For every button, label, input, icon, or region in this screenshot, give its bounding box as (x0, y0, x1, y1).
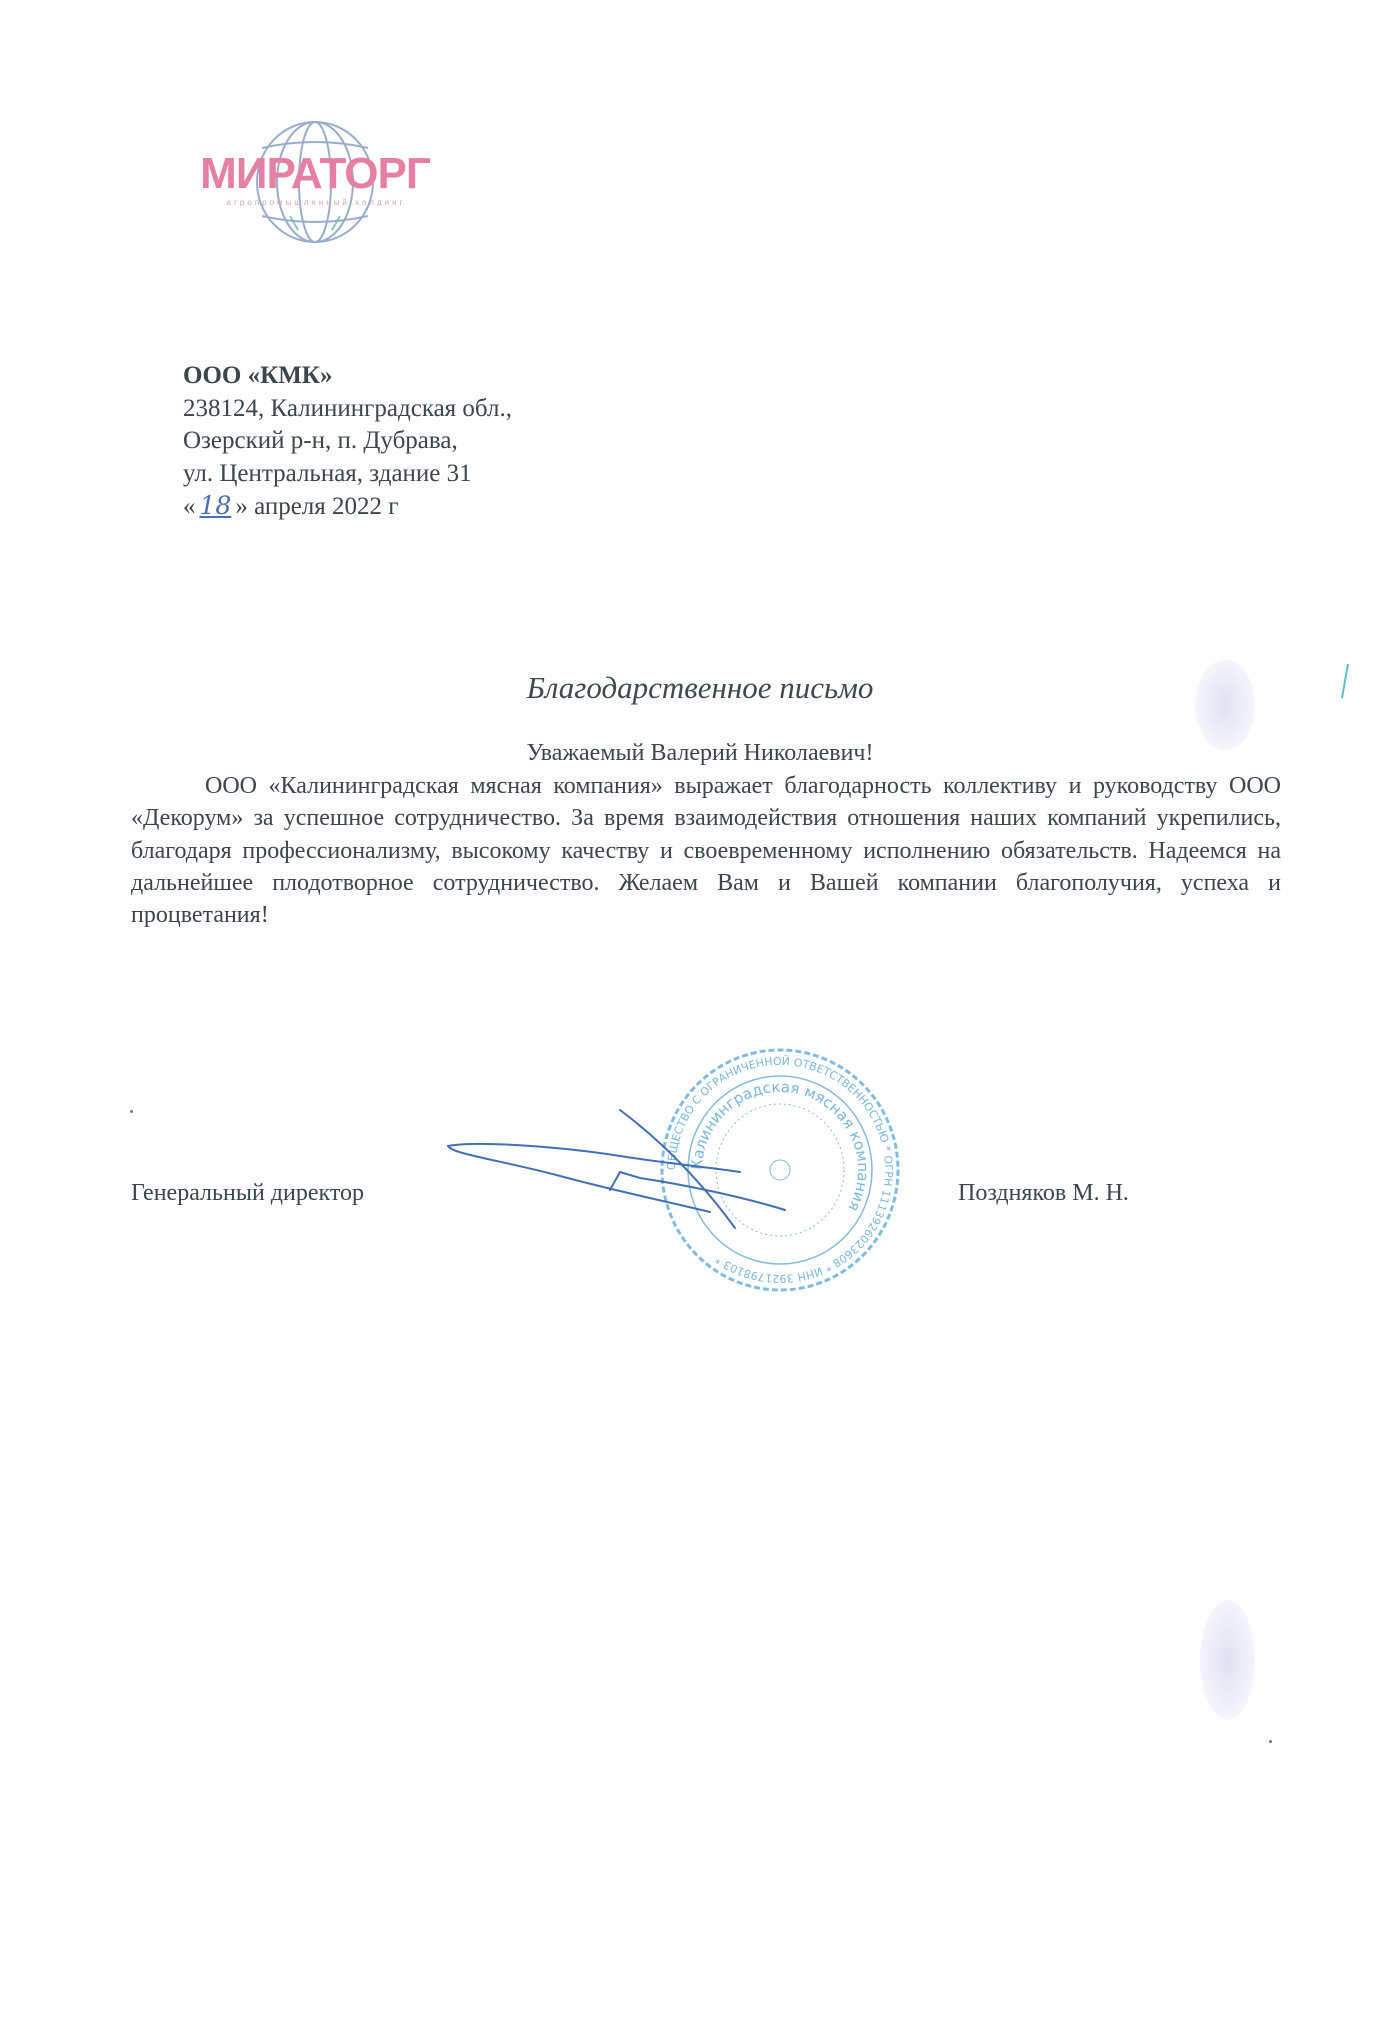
scan-smudge (1195, 660, 1255, 750)
letter-greeting: Уважаемый Валерий Николаевич! (0, 740, 1400, 767)
sender-address-block: ООО «КМК» 238124, Калининградская обл., … (183, 360, 512, 524)
address-line: 238124, Калининградская обл., (183, 393, 512, 426)
logo-brand-text: МИРАТОРГ (192, 152, 438, 196)
sender-org: ООО «КМК» (183, 360, 512, 393)
signatory-name: Поздняков М. Н. (958, 1180, 1129, 1207)
company-logo: МИРАТОРГ агропромышленный холдинг (190, 118, 440, 246)
letter-body: ООО «Калининградская мясная компания» вы… (131, 770, 1281, 931)
signatory-role: Генеральный директор (131, 1180, 364, 1207)
scan-smudge (1200, 1600, 1255, 1720)
letter-page: МИРАТОРГ агропромышленный холдинг ООО «К… (0, 0, 1400, 2032)
logo-subtitle: агропромышленный холдинг (196, 198, 436, 207)
date-suffix: » апреля 2022 г (235, 493, 398, 520)
date-prefix: « (183, 493, 196, 520)
scan-speck (1269, 1740, 1272, 1743)
scan-speck (130, 1110, 133, 1113)
address-line: ул. Центральная, здание 31 (183, 458, 512, 491)
letter-title: Благодарственное письмо (0, 670, 1400, 706)
scan-mark (1340, 662, 1350, 702)
letter-date: «18» апреля 2022 г (183, 490, 512, 524)
address-line: Озерский р-н, п. Дубрава, (183, 425, 512, 458)
handwritten-day: 18 (196, 491, 236, 520)
handwritten-signature (440, 1100, 820, 1240)
